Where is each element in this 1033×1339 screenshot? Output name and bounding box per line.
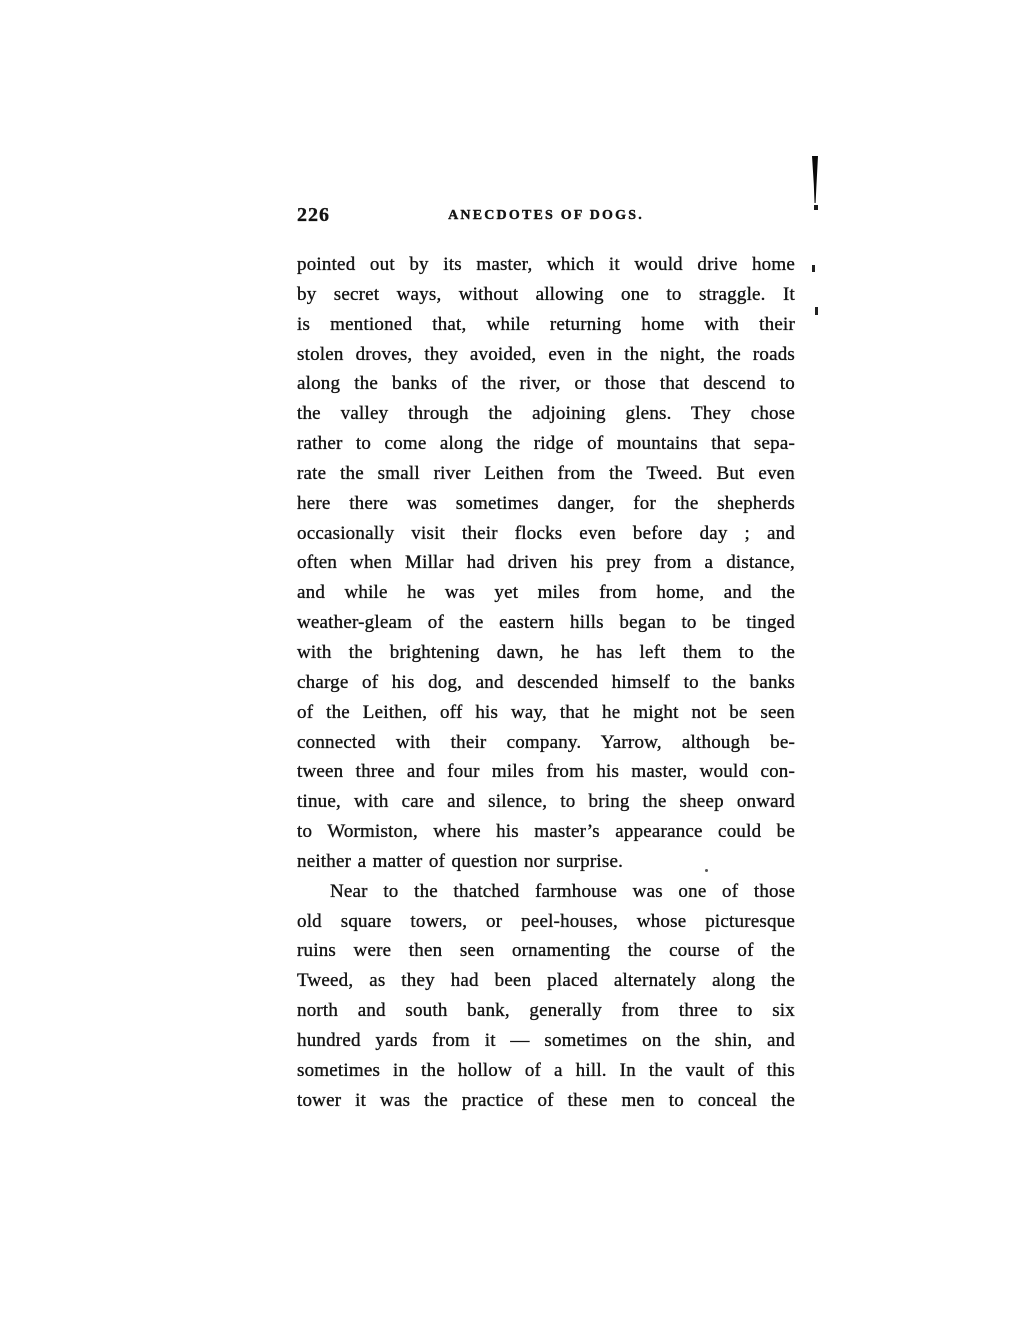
text-line: here there was sometimes danger, for the…	[297, 489, 795, 519]
text-line: tinue, with care and silence, to bring t…	[297, 787, 795, 817]
text-line: is mentioned that, while returning home …	[297, 310, 795, 340]
ink-speck	[705, 869, 708, 872]
text-line: hundred yards from it — sometimes on the…	[297, 1026, 795, 1056]
text-line: by secret ways, without allowing one to …	[297, 280, 795, 310]
text-line: tower it was the practice of these men t…	[297, 1086, 795, 1116]
text-line: weather-gleam of the eastern hills began…	[297, 608, 795, 638]
text-line: with the brightening dawn, he has left t…	[297, 638, 795, 668]
ink-smudge-mark	[812, 156, 818, 203]
text-line: sometimes in the hollow of a hill. In th…	[297, 1056, 795, 1086]
text-line: of the Leithen, off his way, that he mig…	[297, 698, 795, 728]
text-line: pointed out by its master, which it woul…	[297, 250, 795, 280]
ink-speck	[814, 205, 818, 210]
ink-speck	[812, 265, 815, 272]
text-line: to Wormiston, where his master’s appeara…	[297, 817, 795, 847]
book-page: 226 ANECDOTES OF DOGS. pointed out by it…	[0, 0, 1033, 1339]
text-line: and while he was yet miles from home, an…	[297, 578, 795, 608]
text-line: rate the small river Leithen from the Tw…	[297, 459, 795, 489]
text-line: tween three and four miles from his mast…	[297, 757, 795, 787]
text-line: Tweed, as they had been placed alternate…	[297, 966, 795, 996]
text-line: connected with their company. Yarrow, al…	[297, 728, 795, 758]
paragraph-2: Near to the thatched farmhouse was one o…	[297, 877, 795, 1116]
text-line: occasionally visit their flocks even bef…	[297, 519, 795, 549]
text-block: pointed out by its master, which it woul…	[297, 250, 795, 1115]
text-line: north and south bank, generally from thr…	[297, 996, 795, 1026]
text-line: ruins were then seen ornamenting the cou…	[297, 936, 795, 966]
text-line: often when Millar had driven his prey fr…	[297, 548, 795, 578]
text-line: Near to the thatched farmhouse was one o…	[297, 877, 795, 907]
text-line: charge of his dog, and descended himself…	[297, 668, 795, 698]
text-line: neither a matter of question nor surpris…	[297, 847, 795, 877]
text-line: stolen droves, they avoided, even in the…	[297, 340, 795, 370]
page-header: 226 ANECDOTES OF DOGS.	[297, 204, 795, 230]
ink-speck	[815, 307, 818, 315]
text-line: old square towers, or peel-houses, whose…	[297, 907, 795, 937]
text-line: the valley through the adjoining glens. …	[297, 399, 795, 429]
text-line: rather to come along the ridge of mounta…	[297, 429, 795, 459]
running-header: ANECDOTES OF DOGS.	[297, 208, 795, 224]
paragraph-1: pointed out by its master, which it woul…	[297, 250, 795, 877]
text-line: along the banks of the river, or those t…	[297, 369, 795, 399]
